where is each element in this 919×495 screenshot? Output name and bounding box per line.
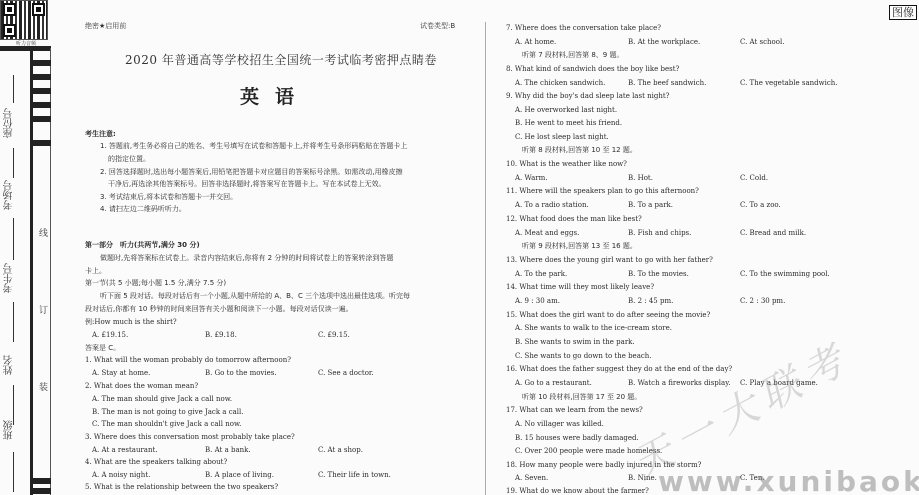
binding-stripe <box>32 478 51 484</box>
notice-title: 考生注意: <box>85 130 116 139</box>
notice-item: 1. 答题前,考生务必将自己的姓名、考生号填写在试卷和答题卡上,并将考生号条形码… <box>100 142 407 151</box>
qr-finder-icon <box>3 3 16 16</box>
option-b: B. To a park. <box>628 201 673 210</box>
binding-bar <box>0 46 51 51</box>
notice-item: 4. 请扫左边二维码听听力。 <box>100 205 186 214</box>
option-a: A. Stay at home. <box>92 369 150 378</box>
part1-intro: 做题时,先将答案标在试卷上。录音内容结束后,你将有 2 分钟的时间将试卷上的答案… <box>100 254 393 263</box>
option-c: C. Their life in town. <box>318 471 391 480</box>
option-a: A. He overworked last night. <box>515 106 617 115</box>
example-question: 例:How much is the shirt? <box>85 318 177 327</box>
question: 15. What does the girl want to do after … <box>506 311 710 320</box>
class-field[interactable]: 班级 <box>2 420 17 440</box>
part1-title: 第一部分 听力(共两节,满分 30 分) <box>85 241 200 250</box>
option-b: B. To the movies. <box>628 270 689 279</box>
question: 4. What are the speakers talking about? <box>85 458 227 467</box>
exam-title: 2020 年普通高等学校招生全国统一考试临考密押点睛卷 <box>125 56 437 65</box>
option-c: C. The vegetable sandwich. <box>740 79 838 88</box>
option-a: A. Go to a restaurant. <box>515 379 592 388</box>
section1-title: 第一节(共 5 小题;每小题 1.5 分,满分 7.5 分) <box>85 279 226 288</box>
question: 11. Where will the speakers plan to go t… <box>506 187 699 196</box>
option-b: B. At the workplace. <box>628 38 700 47</box>
option-c: C. See a doctor. <box>318 369 374 378</box>
question: 17. What can we learn from the news? <box>506 406 643 415</box>
part1-intro: 卡上。 <box>85 267 106 276</box>
option-a: A. Warm. <box>515 174 547 183</box>
option-a: A. Meat and eggs. <box>515 229 579 238</box>
binding-stripe <box>32 74 51 80</box>
example-option-b: B. £9.18. <box>205 331 237 340</box>
option-a: A. At a restaurant. <box>92 446 158 455</box>
option-b: B. 2 : 45 pm. <box>628 297 673 306</box>
notice-item: 干净后,再选涂其他答案标号。回答非选择题时,将答案写在答题卡上。写在本试卷上无效… <box>108 180 385 189</box>
field-underline <box>13 75 14 103</box>
option-a: A. A noisy night. <box>92 471 150 480</box>
image-label-button[interactable]: 图像 <box>889 5 917 20</box>
seat-number-field[interactable]: 座位号 <box>2 108 17 138</box>
qr-finder-icon <box>32 3 45 16</box>
option-b: B. Watch a fireworks display. <box>628 379 730 388</box>
example-option-a: A. £19.15. <box>92 331 128 340</box>
option-a: A. To the park. <box>515 270 567 279</box>
option-b: B. At a bank. <box>205 446 251 455</box>
field-underline <box>13 385 14 425</box>
qr-code-icon <box>0 0 48 40</box>
example-option-c: C. £9.15. <box>318 331 350 340</box>
option-c: C. Cold. <box>740 174 768 183</box>
section1-directions: 段对话后,你都有 10 秒钟的时间来回答有关小题和阅读下一小题。每段对话仅读一遍… <box>85 305 353 314</box>
field-underline <box>13 302 14 342</box>
option-a: A. 9 : 30 am. <box>515 297 560 306</box>
question: 14. What time will they most likely leav… <box>506 283 654 292</box>
binding-mark-line: 线 <box>36 228 49 237</box>
option-b: B. A place of living. <box>205 471 274 480</box>
binding-stripe <box>32 88 51 94</box>
notice-item: 3. 考试结束后,将本试卷和答题卡一并交回。 <box>100 193 237 202</box>
option-a: A. At home. <box>515 38 556 47</box>
option-c: C. She wants to go down to the beach. <box>515 352 652 361</box>
question: 3. Where does this conversation most pro… <box>85 433 295 442</box>
binding-stripe <box>32 102 51 108</box>
option-a: A. Seven. <box>515 474 548 483</box>
option-c: C. The man shouldn't give Jack a call no… <box>92 420 241 429</box>
option-a: A. She wants to walk to the ice-cream st… <box>515 324 672 333</box>
student-number-field[interactable]: 考生号 <box>2 263 17 293</box>
option-b: B. She wants to swim in the park. <box>515 338 635 347</box>
field-underline <box>13 218 14 260</box>
question: 9. Why did the boy's dad sleep late last… <box>506 92 669 101</box>
question: 5. What is the relationship between the … <box>85 483 278 492</box>
option-a: A. To a radio station. <box>515 201 589 210</box>
question: 19. What do we know about the farmer? <box>506 487 649 495</box>
notice-item: 的指定位置。 <box>108 155 150 164</box>
binding-stripe <box>32 60 51 66</box>
option-c: C. To a zoo. <box>740 201 781 210</box>
question: 1. What will the woman probably do tomor… <box>85 356 291 365</box>
option-b: B. The man is not going to give Jack a c… <box>92 408 244 417</box>
binding-stripe <box>32 140 51 146</box>
question: 2. What does the woman mean? <box>85 382 198 391</box>
option-b: B. The beef sandwich. <box>628 79 706 88</box>
section1-directions: 听下面 5 段对话。每段对话后有一个小题,从题中所给的 A、B、C 三个选项中选… <box>100 292 410 301</box>
option-c: C. To the swimming pool. <box>740 270 830 279</box>
exam-room-field[interactable]: 考场号 <box>2 180 17 210</box>
option-c: C. Bread and milk. <box>740 229 806 238</box>
option-b: B. Go to the movies. <box>205 369 277 378</box>
question: 7. Where does the conversation take plac… <box>506 24 661 33</box>
binding-stripe <box>32 116 51 122</box>
field-underline <box>13 148 14 178</box>
watermark-url: www.xunibaoku.com <box>658 465 919 495</box>
binding-mark-bind: 装 <box>36 382 49 391</box>
secret-label: 绝密★启用前 <box>85 22 126 31</box>
example-answer: 答案是 C。 <box>85 344 120 353</box>
question: 8. What kind of sandwich does the boy li… <box>506 65 679 74</box>
option-c: C. 2 : 30 pm. <box>740 297 785 306</box>
option-b: B. Fish and chips. <box>628 229 691 238</box>
option-c: C. At school. <box>740 38 784 47</box>
notice-item: 2. 回答选择题时,选出每小题答案后,用铅笔把答题卡对应题目的答案标号涂黑。如需… <box>100 168 403 177</box>
option-c: C. He lost sleep last night. <box>515 133 609 142</box>
question: 13. Where does the young girl want to go… <box>506 256 713 265</box>
binding-mark-staple: 订 <box>36 305 49 314</box>
question: 16. What does the father suggest they do… <box>506 365 732 374</box>
option-b: B. Hot. <box>628 174 653 183</box>
option-b: B. He went to meet his friend. <box>515 119 622 128</box>
field-underline <box>13 452 14 492</box>
question: 12. What food does the man like best? <box>506 215 642 224</box>
section-note: 听第 7 段材料,回答第 8、9 题。 <box>522 51 624 60</box>
option-c: C. At a shop. <box>318 446 363 455</box>
option-a: A. No villager was killed. <box>515 420 604 429</box>
section-note: 听第 9 段材料,回答第 13 至 16 题。 <box>522 242 637 251</box>
question: 10. What is the weather like now? <box>506 160 627 169</box>
qr-finder-icon <box>3 24 16 37</box>
paper-type-label: 试卷类型:B <box>420 22 455 31</box>
column-divider <box>485 22 486 495</box>
section-note: 听第 8 段材料,回答第 10 至 12 题。 <box>522 146 637 155</box>
option-a: A. The man should give Jack a call now. <box>92 395 232 404</box>
section-note: 听第 10 段材料,回答第 17 至 20 题。 <box>522 393 641 402</box>
binding-stripe <box>32 488 51 494</box>
name-field[interactable]: 姓名 <box>2 355 17 375</box>
option-a: A. The chicken sandwich. <box>515 79 605 88</box>
subject-title: 英语 <box>240 93 310 102</box>
